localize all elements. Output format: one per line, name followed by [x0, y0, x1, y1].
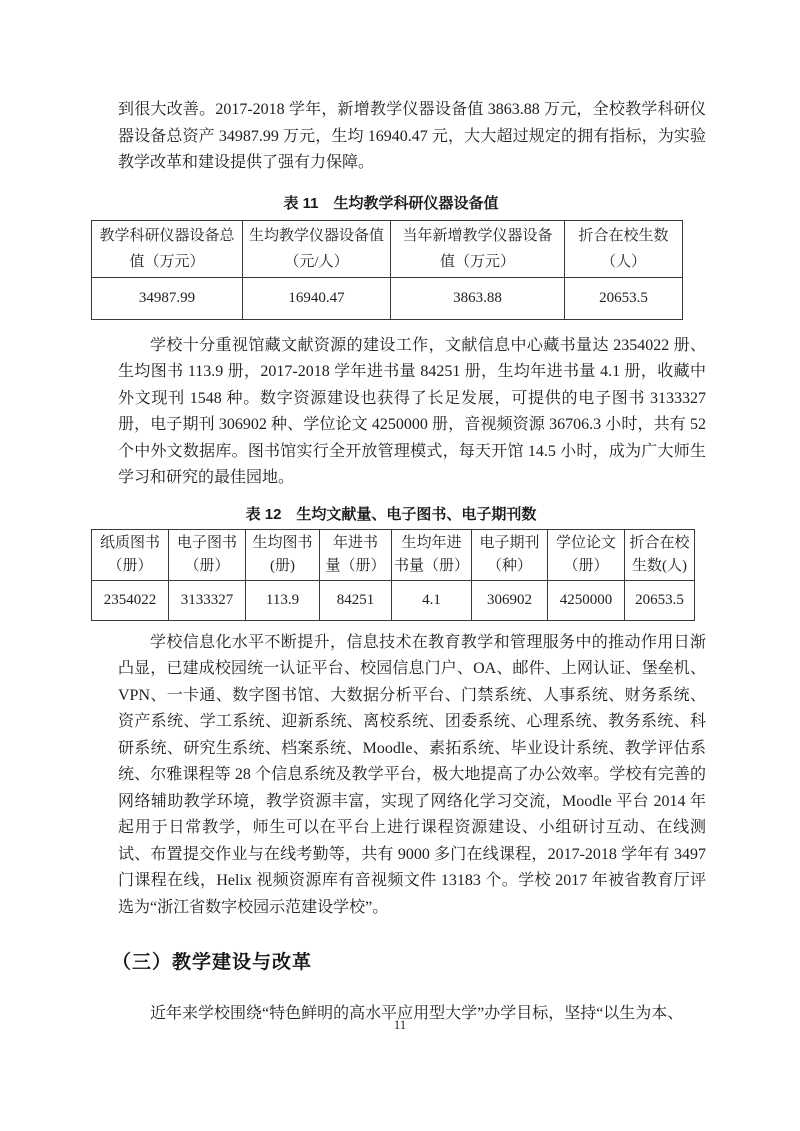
table-header-cell: 学位论文 （册） [548, 529, 625, 580]
table-cell: 20653.5 [625, 580, 695, 620]
table-cell: 20653.5 [565, 277, 683, 319]
table-header-cell: 年进书 量（册） [320, 529, 392, 580]
table-row: 纸质图书 （册） 电子图书 （册） 生均图书 (册) 年进书 量（册） 生均年进… [92, 529, 695, 580]
table-header-cell: 折合在校生数 （人） [565, 220, 683, 277]
document-content: 到很大改善。2017-2018 学年，新增教学仪器设备值 3863.88 万元，… [118, 97, 706, 1028]
table12-documents-per-student: 纸质图书 （册） 电子图书 （册） 生均图书 (册) 年进书 量（册） 生均年进… [91, 529, 695, 621]
table-cell: 113.9 [246, 580, 320, 620]
table-cell: 16940.47 [243, 277, 391, 319]
table11-header-row: 教学科研仪器设备总 值（万元） 生均教学仪器设备值 （元/人） 当年新增教学仪器… [92, 220, 683, 277]
table-row: 34987.99 16940.47 3863.88 20653.5 [92, 277, 683, 319]
table-header-cell: 生均年进 书量（册） [392, 529, 472, 580]
table-cell: 84251 [320, 580, 392, 620]
table-header-cell: 教学科研仪器设备总 值（万元） [92, 220, 243, 277]
paragraph-library-resources: 学校十分重视馆藏文献资源的建设工作，文献信息中心藏书量达 2354022 册、生… [118, 333, 706, 492]
section-heading-teaching-construction: （三）教学建设与改革 [112, 947, 706, 974]
table-cell: 34987.99 [92, 277, 243, 319]
table-cell: 4.1 [392, 580, 472, 620]
table12-header-row: 纸质图书 （册） 电子图书 （册） 生均图书 (册) 年进书 量（册） 生均年进… [92, 529, 695, 580]
paragraph-equipment-values: 到很大改善。2017-2018 学年，新增教学仪器设备值 3863.88 万元，… [118, 97, 706, 177]
table11-equipment-per-student: 教学科研仪器设备总 值（万元） 生均教学仪器设备值 （元/人） 当年新增教学仪器… [91, 220, 683, 320]
table-header-cell: 纸质图书 （册） [92, 529, 169, 580]
table-header-cell: 生均教学仪器设备值 （元/人） [243, 220, 391, 277]
table-header-cell: 电子图书 （册） [169, 529, 246, 580]
table-cell: 3863.88 [391, 277, 565, 319]
table-header-cell: 当年新增教学仪器设备 值（万元） [391, 220, 565, 277]
table-header-cell: 生均图书 (册) [246, 529, 320, 580]
table-cell: 4250000 [548, 580, 625, 620]
table-cell: 3133327 [169, 580, 246, 620]
table12-caption: 表 12 生均文献量、电子图书、电子期刊数 [91, 503, 691, 524]
document-page: 到很大改善。2017-2018 学年，新增教学仪器设备值 3863.88 万元，… [0, 0, 800, 1131]
table-row: 2354022 3133327 113.9 84251 4.1 306902 4… [92, 580, 695, 620]
table-header-cell: 电子期刊 （种） [472, 529, 548, 580]
page-number: 11 [0, 1017, 800, 1033]
table-cell: 2354022 [92, 580, 169, 620]
table11-caption: 表 11 生均教学科研仪器设备值 [91, 192, 691, 213]
table-header-cell: 折合在校 生数(人) [625, 529, 695, 580]
paragraph-informatization: 学校信息化水平不断提升，信息技术在教育教学和管理服务中的推动作用日渐凸显，已建成… [118, 630, 706, 922]
table-row: 教学科研仪器设备总 值（万元） 生均教学仪器设备值 （元/人） 当年新增教学仪器… [92, 220, 683, 277]
table-cell: 306902 [472, 580, 548, 620]
